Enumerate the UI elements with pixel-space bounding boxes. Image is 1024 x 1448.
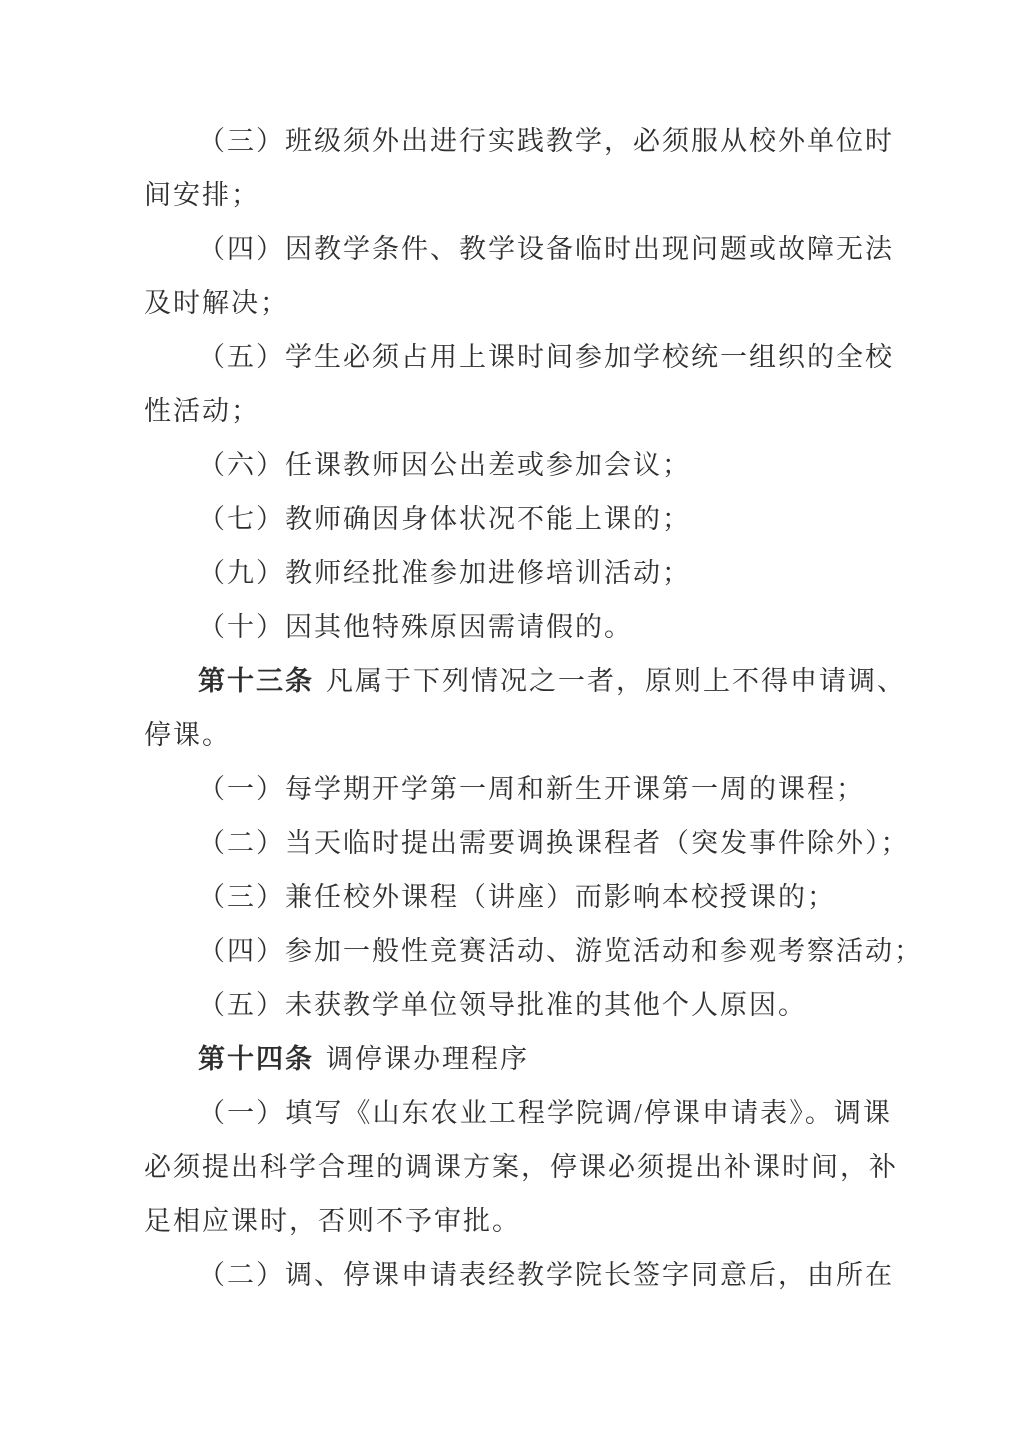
text-line: （二）当天临时提出需要调换课程者（突发事件除外）； [144, 816, 892, 870]
text-line: （九）教师经批准参加进修培训活动； [144, 546, 892, 600]
line-text: （三）班级须外出进行实践教学，必须服从校外单位时 [198, 126, 894, 156]
line-text: （三）兼任校外课程（讲座）而影响本校授课的； [198, 882, 836, 912]
line-text: （二）调、停课申请表经教学院长签字同意后，由所在 [198, 1260, 894, 1290]
article-number: 第十四条 [198, 1044, 314, 1074]
text-line: （二）调、停课申请表经教学院长签字同意后，由所在 [144, 1248, 892, 1302]
line-text: 足相应课时，否则不予审批。 [144, 1206, 521, 1236]
line-text: （十）因其他特殊原因需请假的。 [198, 612, 633, 642]
line-text: （四）参加一般性竞赛活动、游览活动和参观考察活动； [198, 936, 923, 966]
text-line: （一）每学期开学第一周和新生开课第一周的课程； [144, 762, 892, 816]
text-line: 间安排； [144, 168, 892, 222]
text-line: 足相应课时，否则不予审批。 [144, 1194, 892, 1248]
line-text: （一）每学期开学第一周和新生开课第一周的课程； [198, 774, 865, 804]
line-text: 间安排； [144, 180, 260, 210]
text-line: 第十三条凡属于下列情况之一者，原则上不得申请调、 [144, 654, 892, 708]
text-line: （四）因教学条件、教学设备临时出现问题或故障无法 [144, 222, 892, 276]
line-text: （五）未获教学单位领导批准的其他个人原因。 [198, 990, 807, 1020]
text-line: 停课。 [144, 708, 892, 762]
text-line: （五）未获教学单位领导批准的其他个人原因。 [144, 978, 892, 1032]
article-number: 第十三条 [198, 666, 314, 696]
line-text: 性活动； [144, 396, 260, 426]
text-line: （十）因其他特殊原因需请假的。 [144, 600, 892, 654]
text-line: （七）教师确因身体状况不能上课的； [144, 492, 892, 546]
line-text: （一）填写《山东农业工程学院调/停课申请表》。调课 [198, 1098, 892, 1128]
text-line: （一）填写《山东农业工程学院调/停课申请表》。调课 [144, 1086, 892, 1140]
line-text: （七）教师确因身体状况不能上课的； [198, 504, 691, 534]
line-text: （二）当天临时提出需要调换课程者（突发事件除外）； [198, 828, 910, 858]
line-text: 必须提出科学合理的调课方案，停课必须提出补课时间，补 [144, 1152, 898, 1182]
document-page: （三）班级须外出进行实践教学，必须服从校外单位时 间安排； （四）因教学条件、教… [0, 0, 1024, 1448]
text-line: 及时解决； [144, 276, 892, 330]
line-text: 停课。 [144, 720, 231, 750]
line-text: （五）学生必须占用上课时间参加学校统一组织的全校 [198, 342, 894, 372]
text-line: 第十四条调停课办理程序 [144, 1032, 892, 1086]
text-line: （四）参加一般性竞赛活动、游览活动和参观考察活动； [144, 924, 892, 978]
text-line: （五）学生必须占用上课时间参加学校统一组织的全校 [144, 330, 892, 384]
text-line: （三）班级须外出进行实践教学，必须服从校外单位时 [144, 114, 892, 168]
text-line: 必须提出科学合理的调课方案，停课必须提出补课时间，补 [144, 1140, 892, 1194]
line-text: （四）因教学条件、教学设备临时出现问题或故障无法 [198, 234, 894, 264]
line-text: 凡属于下列情况之一者，原则上不得申请调、 [326, 666, 906, 696]
text-line: （六）任课教师因公出差或参加会议； [144, 438, 892, 492]
line-text: （九）教师经批准参加进修培训活动； [198, 558, 691, 588]
line-text: 及时解决； [144, 288, 289, 318]
document-text-block: （三）班级须外出进行实践教学，必须服从校外单位时 间安排； （四）因教学条件、教… [144, 114, 892, 1302]
line-text: （六）任课教师因公出差或参加会议； [198, 450, 691, 480]
text-line: 性活动； [144, 384, 892, 438]
line-text: 调停课办理程序 [326, 1044, 529, 1074]
text-line: （三）兼任校外课程（讲座）而影响本校授课的； [144, 870, 892, 924]
